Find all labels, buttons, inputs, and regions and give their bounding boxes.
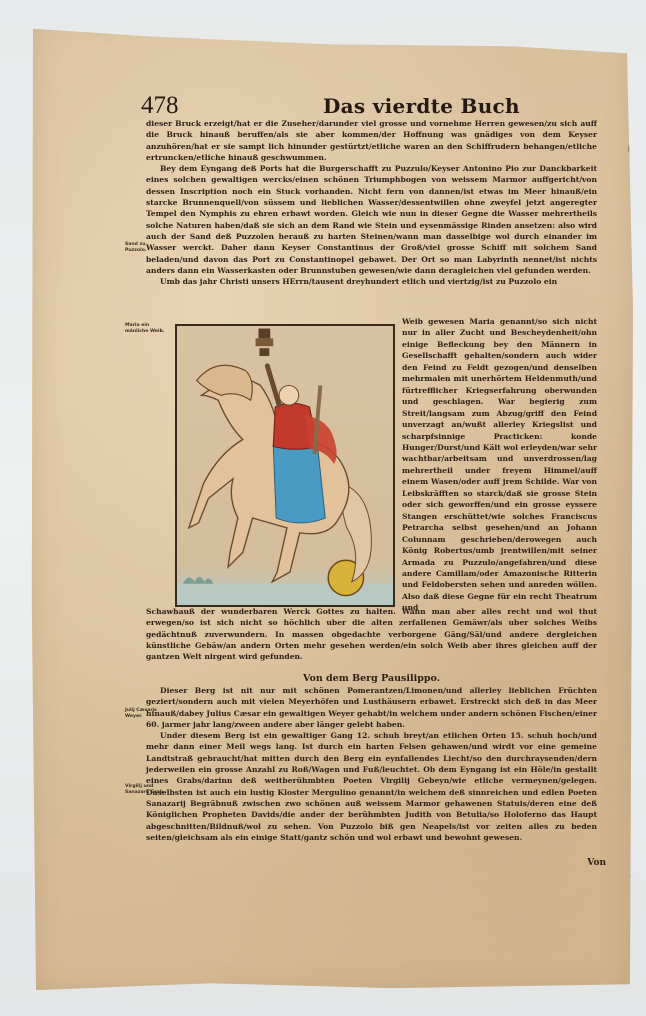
bottom-text-block: Von dem Berg Pausilippo. Dieser Berg ist… — [146, 672, 597, 843]
horse-rider-icon — [177, 326, 393, 605]
top-text-block: dieser Bruck erzeigt/hat er die Zuseher/… — [146, 118, 597, 287]
paragraph: Weib gewesen Maria genannt/so sich nicht… — [402, 316, 597, 614]
margin-note: Maria ein mänliche Weib. — [125, 323, 165, 335]
paper-stain — [628, 144, 634, 154]
paragraph: Bey dem Eyngang deß Ports hat die Burger… — [146, 163, 597, 276]
margin-note: Sand zu Puzzolo. — [125, 242, 165, 254]
page-header: 478 Das vierdte Buch — [141, 92, 601, 118]
paragraph: Dieser Berg ist nit nur mit schönen Pome… — [146, 685, 597, 730]
paper-stain — [630, 874, 634, 878]
paragraph: dieser Bruck erzeigt/hat er die Zuseher/… — [146, 118, 597, 163]
margin-note: Julij Cæsaris Weyer. — [125, 708, 165, 720]
section-title: Von dem Berg Pausilippo. — [146, 672, 597, 685]
page-number: 478 — [141, 92, 179, 120]
paragraph: Under diesem Berg ist ein gewaltiger Gan… — [146, 730, 597, 843]
paragraph: Umb das jahr Christi unsers HErrn/tausen… — [146, 276, 597, 287]
running-title: Das vierdte Buch — [323, 94, 520, 118]
right-column-text: Weib gewesen Maria genannt/so sich nicht… — [402, 316, 597, 614]
catchword: Von — [587, 858, 606, 868]
paragraph: Schawhauß der wunderbaren Werck Gottes z… — [146, 606, 597, 662]
margin-note: Virgilij und Sanazarij Grab. — [125, 784, 165, 796]
after-image-text: Schawhauß der wunderbaren Werck Gottes z… — [146, 606, 597, 662]
woodcut-illustration — [175, 324, 395, 607]
